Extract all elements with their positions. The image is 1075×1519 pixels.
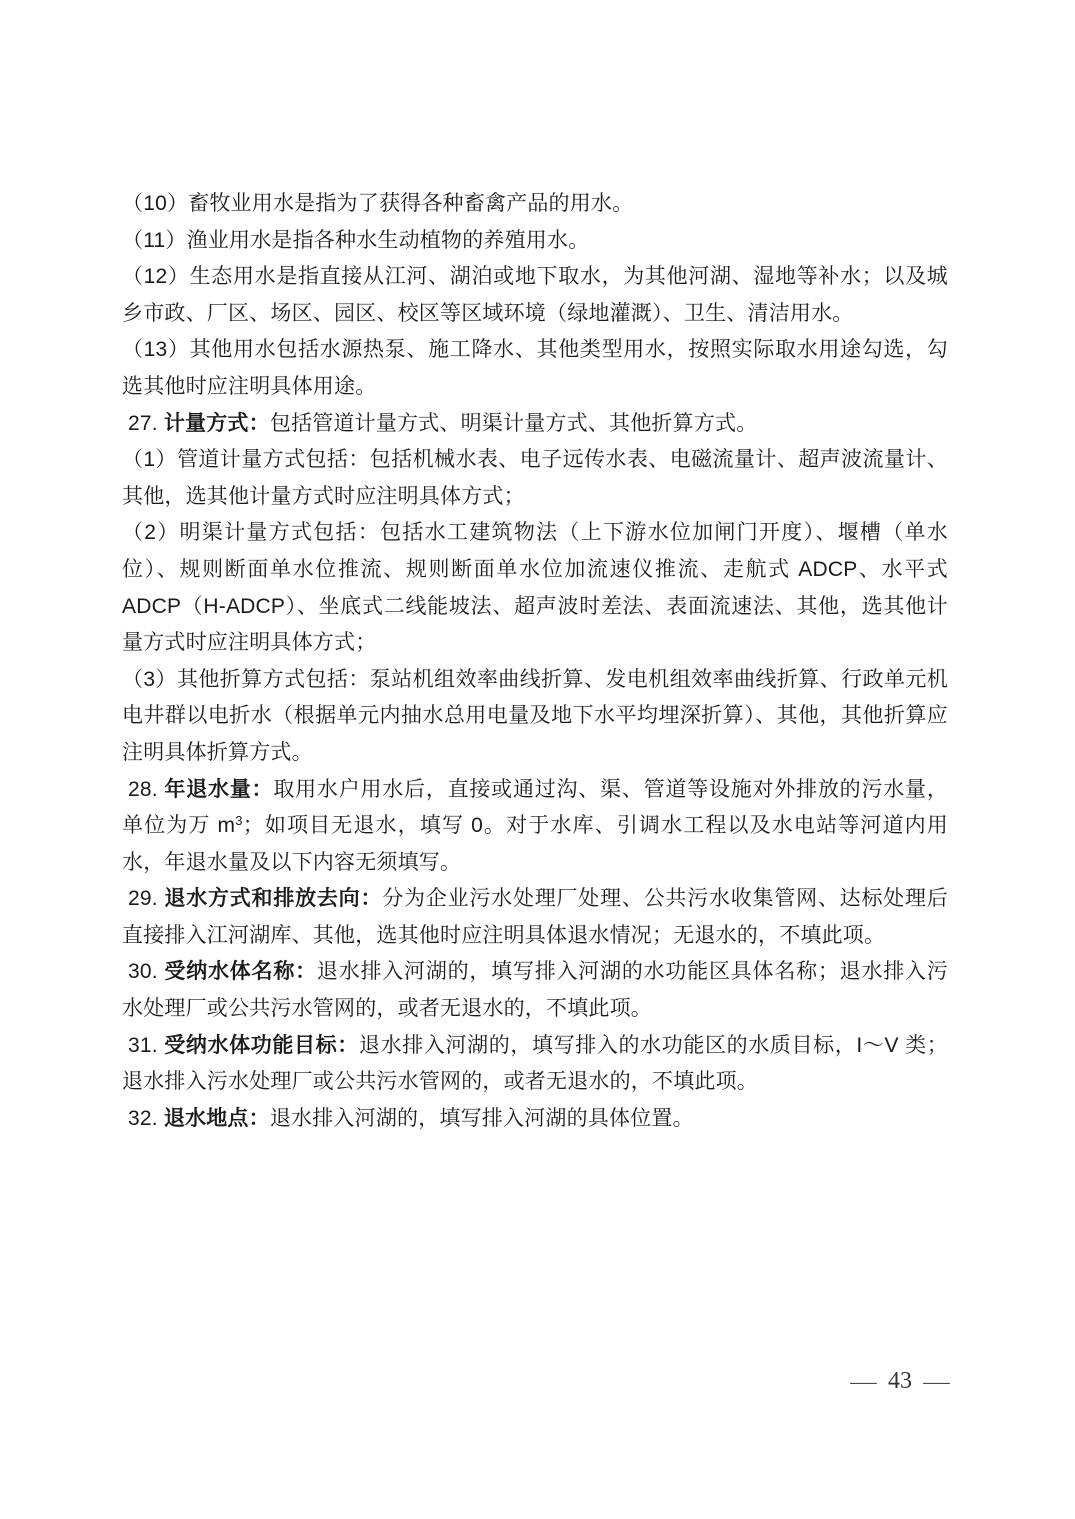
text-run: （12）生态用水是指直接从江河、湖泊或地下取水，为其他河湖、湿地等补水；以及城乡… [122,265,948,325]
paragraph: 27. 计量方式：包括管道计量方式、明渠计量方式、其他折算方式。 [122,406,948,443]
paragraph: （10）畜牧业用水是指为了获得各种畜禽产品的用水。 [122,186,948,223]
term-label: 受纳水体名称： [164,960,316,983]
paragraph: （3）其他折算方式包括：泵站机组效率曲线折算、发电机组效率曲线折算、行政单元机电… [122,662,948,772]
text-run: （11）渔业用水是指各种水生动植物的养殖用水。 [122,229,589,252]
paragraph: （13）其他用水包括水源热泵、施工降水、其他类型用水，按照实际取水用途勾选，勾选… [122,332,948,405]
footer-dash-left: — [850,1369,876,1395]
text-run: （13）其他用水包括水源热泵、施工降水、其他类型用水，按照实际取水用途勾选，勾选… [122,338,948,398]
text-run: 29. [128,887,164,910]
text-run: 28. [128,778,164,801]
paragraph: 30. 受纳水体名称：退水排入河湖的，填写排入河湖的水功能区具体名称；退水排入污… [122,954,948,1027]
term-label: 退水地点： [164,1107,270,1130]
text-run: （10）畜牧业用水是指为了获得各种畜禽产品的用水。 [122,192,633,215]
document-page: （10）畜牧业用水是指为了获得各种畜禽产品的用水。（11）渔业用水是指各种水生动… [0,0,1075,1519]
paragraph: 29. 退水方式和排放去向：分为企业污水处理厂处理、公共污水收集管网、达标处理后… [122,881,948,954]
paragraph: 31. 受纳水体功能目标：退水排入河湖的，填写排入的水功能区的水质目标，I～V … [122,1028,948,1101]
page-footer: — 43 — [852,1368,948,1395]
text-run: ；如项目无退水，填写 0。对于水库、引调水工程以及水电站等河道内用水，年退水量及… [122,814,948,874]
paragraph: （11）渔业用水是指各种水生动植物的养殖用水。 [122,223,948,260]
paragraph: （1）管道计量方式包括：包括机械水表、电子远传水表、电磁流量计、超声波流量计、其… [122,442,948,515]
document-content: （10）畜牧业用水是指为了获得各种畜禽产品的用水。（11）渔业用水是指各种水生动… [122,186,948,1137]
term-label: 年退水量： [164,778,273,801]
paragraph: （12）生态用水是指直接从江河、湖泊或地下取水，为其他河湖、湿地等补水；以及城乡… [122,259,948,332]
paragraph: 32. 退水地点：退水排入河湖的，填写排入河湖的具体位置。 [122,1101,948,1138]
text-run: （3）其他折算方式包括：泵站机组效率曲线折算、发电机组效率曲线折算、行政单元机电… [122,668,948,764]
text-run: 31. [128,1034,164,1057]
term-label: 计量方式： [164,412,270,435]
text-run: 32. [128,1107,164,1130]
term-label: 受纳水体功能目标： [164,1034,359,1057]
text-run: （1）管道计量方式包括：包括机械水表、电子远传水表、电磁流量计、超声波流量计、其… [122,448,948,508]
text-run: 退水排入河湖的，填写排入河湖的具体位置。 [270,1107,694,1130]
footer-dash-right: — [923,1369,949,1395]
page-number: 43 [888,1368,912,1395]
text-run: 包括管道计量方式、明渠计量方式、其他折算方式。 [270,412,758,435]
text-run: （2）明渠计量方式包括：包括水工建筑物法（上下游水位加闸门开度）、堰槽（单水位）… [122,521,948,654]
term-label: 退水方式和排放去向： [164,887,382,910]
text-run: 30. [128,960,164,983]
paragraph: 28. 年退水量：取用水户用水后，直接或通过沟、渠、管道等设施对外排放的污水量，… [122,772,948,882]
text-run: 27. [128,412,164,435]
superscript: 3 [235,813,242,828]
paragraph: （2）明渠计量方式包括：包括水工建筑物法（上下游水位加闸门开度）、堰槽（单水位）… [122,515,948,661]
